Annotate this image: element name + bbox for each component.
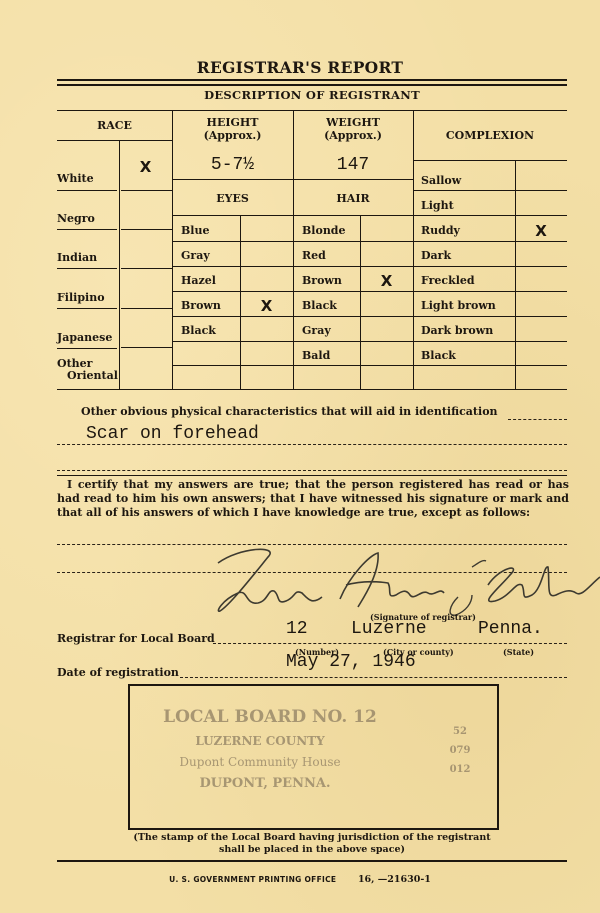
section-subtitle: DESCRIPTION OF REGISTRANT (57, 88, 567, 102)
other-characteristics-value[interactable]: Scar on forehead (86, 424, 259, 444)
race-filipino-label: Filipino (57, 291, 105, 304)
stamp-code-3: 012 (440, 764, 480, 775)
row-rule (293, 316, 413, 317)
row-rule (293, 291, 413, 292)
complexion-light-brown-label: Light brown (421, 299, 496, 312)
row-rule (293, 215, 413, 216)
col-divider (515, 161, 516, 389)
printer-text: U. S. GOVERNMENT PRINTING OFFICE (169, 875, 336, 884)
row-rule (413, 241, 567, 242)
eyes-gray-label: Gray (181, 249, 210, 262)
eyes-blue-label: Blue (181, 224, 209, 237)
row-rule (121, 347, 172, 348)
row-rule (413, 160, 567, 161)
dotted-line (57, 444, 567, 445)
height-heading-text: HEIGHT (172, 116, 293, 129)
dotted-line (213, 643, 567, 644)
row-rule (57, 308, 117, 309)
row-rule (293, 266, 413, 267)
complexion-ruddy-mark[interactable]: X (515, 222, 567, 240)
race-heading: RACE (57, 119, 172, 132)
complexion-heading: COMPLEXION (413, 129, 567, 142)
stamp-note: (The stamp of the Local Board having jur… (57, 832, 567, 856)
weight-approx-text: (Approx.) (293, 129, 413, 142)
row-rule (57, 190, 117, 191)
other-characteristics-label: Other obvious physical characteristics t… (81, 405, 498, 418)
registrar-county[interactable]: Luzerne (351, 619, 427, 639)
complexion-freckled-label: Freckled (421, 274, 475, 287)
certification-text: I certify that my answers are true; that… (57, 478, 569, 520)
height-heading: HEIGHT (Approx.) (172, 116, 293, 142)
hair-gray-label: Gray (302, 324, 331, 337)
row-rule (413, 341, 567, 342)
stamp-code-1: 52 (440, 726, 480, 737)
row-rule (172, 365, 293, 366)
row-rule (293, 341, 413, 342)
stamp-code-2: 079 (440, 745, 480, 756)
registration-date-label: Date of registration (57, 666, 179, 679)
dotted-line (508, 419, 567, 420)
row-rule (172, 316, 293, 317)
table-bottom-rule (57, 389, 567, 390)
table-top-rule (57, 110, 567, 111)
complexion-dark-brown-label: Dark brown (421, 324, 493, 337)
col-divider (413, 111, 414, 389)
hair-heading: HAIR (293, 192, 413, 205)
row-rule (413, 365, 567, 366)
registrar-label: Registrar for Local Board (57, 632, 215, 645)
eyes-heading: EYES (172, 192, 293, 205)
race-other-oriental-label: Other Oriental (57, 358, 118, 382)
height-value[interactable]: 5-7½ (172, 155, 293, 175)
hair-red-label: Red (302, 249, 326, 262)
report-title: REGISTRAR'S REPORT (0, 58, 600, 77)
race-japanese-label: Japanese (57, 331, 112, 344)
race-negro-label: Negro (57, 212, 95, 225)
row-rule (413, 190, 567, 191)
footer-rule (57, 860, 567, 862)
eyes-hazel-label: Hazel (181, 274, 216, 287)
registration-date-value[interactable]: May 27, 1946 (286, 652, 416, 672)
row-rule (172, 241, 293, 242)
title-double-rule (57, 79, 567, 86)
eyes-black-label: Black (181, 324, 216, 337)
stamp-line-city: DUPONT, PENNA. (145, 776, 385, 791)
row-rule (293, 179, 413, 180)
registrar-signature (210, 545, 600, 620)
hair-brown-mark[interactable]: X (360, 272, 413, 290)
col-divider (293, 111, 294, 389)
stamp-line-county: LUZERNE COUNTY (135, 734, 385, 748)
row-rule (121, 190, 172, 191)
footer: U. S. GOVERNMENT PRINTING OFFICE 16, —21… (0, 867, 600, 886)
complexion-ruddy-label: Ruddy (421, 224, 460, 237)
hair-blonde-label: Blonde (302, 224, 346, 237)
complexion-sallow-label: Sallow (421, 174, 461, 187)
row-rule (121, 229, 172, 230)
row-rule (413, 291, 567, 292)
row-rule (413, 316, 567, 317)
section-rule (57, 475, 567, 476)
complexion-light-label: Light (421, 199, 454, 212)
row-rule (172, 215, 293, 216)
weight-value[interactable]: 147 (293, 155, 413, 175)
stamp-note-line2: shall be placed in the above space) (57, 844, 567, 856)
complexion-dark-label: Dark (421, 249, 451, 262)
form-number: 16, —21630-1 (358, 874, 431, 885)
stamp-line-board: LOCAL BOARD NO. 12 (135, 707, 405, 727)
row-rule (413, 266, 567, 267)
row-rule (57, 348, 117, 349)
race-white-mark[interactable]: X (119, 158, 172, 176)
stamp-note-line1: (The stamp of the Local Board having jur… (57, 832, 567, 844)
hair-bald-label: Bald (302, 349, 330, 362)
row-rule (57, 268, 117, 269)
dotted-line (57, 470, 567, 471)
complexion-black-label: Black (421, 349, 456, 362)
row-rule (172, 179, 293, 180)
col-divider (172, 111, 173, 389)
row-rule (172, 266, 293, 267)
row-rule (293, 241, 413, 242)
col-divider (119, 141, 120, 389)
state-caption: (State) (503, 647, 534, 657)
race-other-line2: Oriental (57, 370, 118, 382)
stamp-line-house: Dupont Community House (135, 755, 385, 769)
row-rule (172, 341, 293, 342)
row-rule (413, 215, 567, 216)
row-rule (293, 365, 413, 366)
height-approx-text: (Approx.) (172, 129, 293, 142)
eyes-brown-label: Brown (181, 299, 221, 312)
hair-brown-label: Brown (302, 274, 342, 287)
row-rule (57, 140, 172, 141)
row-rule (121, 268, 172, 269)
registrar-board-number[interactable]: 12 (286, 619, 308, 639)
dotted-line (180, 677, 567, 678)
race-indian-label: Indian (57, 251, 97, 264)
weight-heading-text: WEIGHT (293, 116, 413, 129)
eyes-brown-mark[interactable]: X (240, 297, 293, 315)
row-rule (121, 308, 172, 309)
row-rule (57, 229, 117, 230)
row-rule (172, 291, 293, 292)
registrar-state[interactable]: Penna. (478, 619, 543, 639)
weight-heading: WEIGHT (Approx.) (293, 116, 413, 142)
hair-black-label: Black (302, 299, 337, 312)
race-white-label: White (57, 172, 94, 185)
